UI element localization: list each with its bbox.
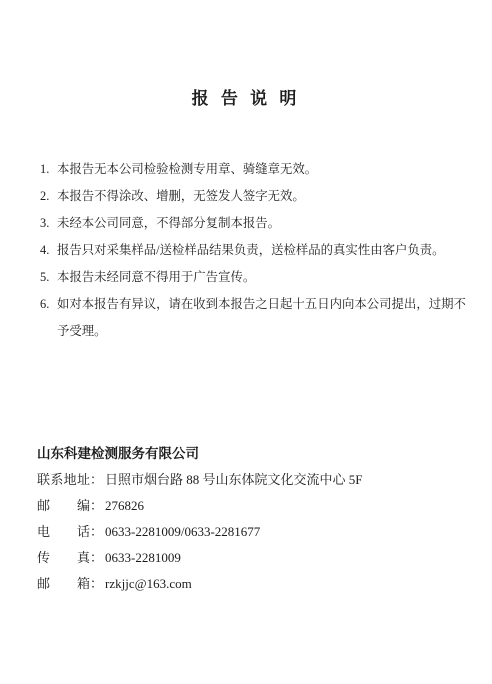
- note-item: 1. 本报告无本公司检验检测专用章、骑缝章无效。: [40, 156, 470, 183]
- note-item: 3. 未经本公司同意，不得部分复制本报告。: [40, 210, 470, 237]
- contact-label: 联系地址: [37, 467, 90, 493]
- note-number: 2.: [40, 183, 57, 210]
- contact-value-phone: 0633-2281009/0633-2281677: [105, 519, 260, 545]
- contact-colon: ：: [90, 545, 103, 571]
- contact-value-address: 日照市烟台路 88 号山东体院文化交流中心 5F: [105, 467, 362, 493]
- contact-row-postcode: 邮编：276826: [37, 493, 467, 519]
- note-number: 4.: [40, 237, 57, 264]
- note-text: 报告只对采集样品/送检样品结果负责，送检样品的真实性由客户负责。: [57, 237, 468, 264]
- note-text: 未经本公司同意，不得部分复制本报告。: [57, 210, 468, 237]
- contact-label: 传真: [37, 545, 90, 571]
- contact-row-address: 联系地址：日照市烟台路 88 号山东体院文化交流中心 5F: [37, 467, 467, 493]
- note-item: 2. 本报告不得涂改、增删，无签发人签字无效。: [40, 183, 470, 210]
- note-number: 5.: [40, 264, 57, 291]
- contact-colon: ：: [90, 571, 103, 597]
- note-text: 本报告未经同意不得用于广告宣传。: [57, 264, 468, 291]
- contact-row-phone: 电话：0633-2281009/0633-2281677: [37, 519, 467, 545]
- contact-colon: ：: [90, 519, 103, 545]
- contact-label: 邮编: [37, 493, 90, 519]
- note-text: 本报告无本公司检验检测专用章、骑缝章无效。: [57, 156, 468, 183]
- note-item: 4. 报告只对采集样品/送检样品结果负责，送检样品的真实性由客户负责。: [40, 237, 470, 264]
- contact-label: 邮箱: [37, 571, 90, 597]
- company-block: 山东科建检测服务有限公司 联系地址：日照市烟台路 88 号山东体院文化交流中心 …: [37, 441, 467, 597]
- contact-row-fax: 传真：0633-2281009: [37, 545, 467, 571]
- contact-value-fax: 0633-2281009: [105, 545, 181, 571]
- page-title: 报 告 说 明: [0, 84, 492, 109]
- contact-label: 电话: [37, 519, 90, 545]
- report-notes-page: 报 告 说 明 1. 本报告无本公司检验检测专用章、骑缝章无效。 2. 本报告不…: [0, 0, 492, 684]
- note-number: 6.: [40, 291, 57, 318]
- note-text: 如对本报告有异议，请在收到本报告之日起十五日内向本公司提出，过期不予受理。: [57, 291, 468, 345]
- note-item: 6. 如对本报告有异议，请在收到本报告之日起十五日内向本公司提出，过期不予受理。: [40, 291, 470, 345]
- notes-list: 1. 本报告无本公司检验检测专用章、骑缝章无效。 2. 本报告不得涂改、增删，无…: [40, 156, 470, 345]
- contact-value-postcode: 276826: [105, 493, 144, 519]
- contact-value-email: rzkjjc@163.com: [105, 571, 192, 597]
- note-number: 1.: [40, 156, 57, 183]
- contact-colon: ：: [90, 493, 103, 519]
- company-name: 山东科建检测服务有限公司: [37, 441, 467, 467]
- note-number: 3.: [40, 210, 57, 237]
- note-item: 5. 本报告未经同意不得用于广告宣传。: [40, 264, 470, 291]
- contact-colon: ：: [90, 467, 103, 493]
- note-text: 本报告不得涂改、增删，无签发人签字无效。: [57, 183, 468, 210]
- contact-row-email: 邮箱：rzkjjc@163.com: [37, 571, 467, 597]
